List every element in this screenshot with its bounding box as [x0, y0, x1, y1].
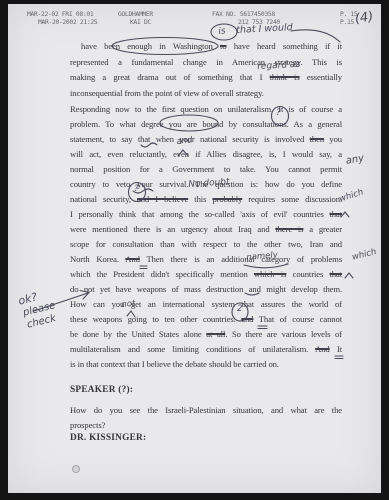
typed-line-20: be done by the United States alone at al…	[70, 329, 342, 339]
typed-line-13: were mentioned there is an urgency about…	[70, 224, 342, 234]
typed-line-16: which the President didn't specifically …	[70, 269, 342, 279]
typed-text: I personally think that among the so-cal…	[70, 209, 330, 219]
struck-text: there is	[275, 224, 303, 234]
typed-line-6: problem. To what degree you are bound by…	[70, 119, 342, 129]
caret-which-2	[345, 273, 353, 278]
typed-text: represented a fundamental change in Amer…	[70, 57, 342, 67]
scanned-fax-screenshot: MAR-22-02 FRI 08:01 GOLDHAMMER FAX NO. 5…	[0, 0, 389, 500]
typed-line-19: these weapons going to ten other countri…	[70, 314, 342, 324]
typed-line-11: national security, and I believe this pr…	[70, 194, 342, 204]
fax-header-sender-2: KAI DC	[130, 19, 151, 26]
struck-text: that	[330, 209, 343, 219]
typed-text: have heard something if it	[227, 41, 342, 51]
typed-text: which the President didn't specifically …	[70, 269, 254, 279]
fax-header-sender-1: GOLDHAMMER	[118, 11, 153, 18]
handwritten-note: not	[121, 299, 136, 310]
typed-text: a greater	[303, 224, 342, 234]
typed-text: . So there are various levels of	[225, 329, 342, 339]
fax-header-datetime-2: MAR-20-2002 21:25	[38, 19, 97, 26]
typed-text: problem. To what degree you are bound by…	[70, 119, 342, 129]
handwritten-note: 2	[237, 304, 242, 314]
handwritten-note: and	[176, 135, 193, 147]
typed-line-5: Responding now to the first question on …	[70, 104, 342, 114]
typed-text: multilateralism and some limiting condit…	[70, 344, 315, 354]
struck-text: that	[330, 269, 343, 279]
hole-punch	[72, 465, 80, 473]
typed-text: is in that context that I believe the de…	[70, 359, 279, 369]
typed-line-14: scope for consultation than with respect…	[70, 239, 342, 249]
typed-line-1: have been enough in Washington to have h…	[81, 41, 342, 51]
typed-text: have been enough in Washington	[81, 41, 220, 51]
typed-text: prospects?	[70, 420, 105, 430]
typed-text: will act, even reluctantly, even if Alli…	[70, 149, 342, 159]
typed-text: Responding now to the first question on …	[70, 104, 342, 114]
struck-text: And	[125, 254, 140, 264]
typed-text: making a great drama out of something th…	[70, 72, 270, 82]
typed-text: do not yet have weapons of mass destruct…	[70, 284, 342, 294]
typed-text: How can you get an international system …	[70, 299, 342, 309]
handwritten-note: ?	[134, 184, 139, 194]
struck-text: then	[310, 134, 324, 144]
struck-text: And	[315, 344, 330, 354]
typed-line-18: How can you get an international system …	[70, 299, 342, 309]
handwritten-note: that I would	[236, 22, 293, 36]
handwritten-note: any	[345, 153, 365, 167]
typed-line-25: prospects?	[70, 420, 342, 430]
typed-text: this	[188, 194, 212, 204]
typed-text: countries	[286, 269, 329, 279]
typed-line-21: multilateralism and some limiting condit…	[70, 344, 342, 354]
typed-text: SPEAKER (?):	[70, 385, 133, 395]
typed-text: national security,	[70, 194, 137, 204]
typed-text: you	[324, 134, 342, 144]
handwritten-note: is	[218, 26, 226, 37]
typed-line-12: I personally think that among the so-cal…	[70, 209, 342, 219]
fax-header-number-1: FAX NO. 5617450358	[212, 11, 275, 18]
typed-line-15: North Korea. And Then there is an additi…	[70, 254, 342, 264]
handwritten-note: (4)	[354, 9, 374, 26]
struck-text: and	[241, 314, 253, 324]
typed-line-8: will act, even reluctantly, even if Alli…	[70, 149, 342, 159]
fax-header-page-2: P.15	[340, 19, 354, 26]
handwritten-note: regard as	[257, 60, 300, 72]
typed-text: Then there is an additional category of …	[140, 254, 342, 264]
typed-line-2: represented a fundamental change in Amer…	[70, 57, 342, 67]
struck-text: think is	[270, 72, 300, 82]
fax-header-datetime-1: MAR-22-02 FRI 08:01	[27, 11, 93, 18]
typed-line-24: How do you see the Israeli-Palestinian s…	[70, 405, 342, 415]
handwritten-note: ?	[276, 108, 281, 118]
typed-text: inconsequential from the point of view o…	[70, 88, 264, 98]
handwritten-note: which	[338, 187, 365, 204]
typed-text: North Korea.	[70, 254, 125, 264]
struck-text: at all	[206, 329, 225, 339]
typed-line-22: is in that context that I believe the de…	[70, 359, 342, 369]
handwritten-note: which	[351, 247, 377, 263]
typed-text: be done by the United States alone	[70, 329, 206, 339]
typed-line-3: making a great drama out of something th…	[70, 72, 342, 82]
underline-namely	[244, 264, 288, 268]
typed-text: essentially	[300, 72, 342, 82]
typed-text: normal position for a Government to take…	[70, 164, 342, 174]
typed-line-4: inconsequential from the point of view o…	[70, 88, 342, 98]
typed-text: were mentioned there is an urgency about…	[70, 224, 275, 234]
typed-line-9: normal position for a Government to take…	[70, 164, 342, 174]
typed-text: It	[330, 344, 342, 354]
typed-text: DR. KISSINGER:	[70, 433, 146, 443]
typed-text: How do you see the Israeli-Palestinian s…	[70, 405, 342, 415]
typed-text: requires some discussion.	[242, 194, 342, 204]
struck-text: probably	[212, 194, 242, 204]
typed-line-26: DR. KISSINGER:	[70, 433, 342, 443]
fax-page: MAR-22-02 FRI 08:01 GOLDHAMMER FAX NO. 5…	[8, 4, 381, 493]
typed-line-7: statement, to say that when your nationa…	[70, 134, 342, 144]
struck-text: which is	[254, 269, 286, 279]
struck-text: and I believe	[137, 194, 188, 204]
caret-which-1	[341, 212, 349, 217]
typed-line-23: SPEAKER (?):	[70, 385, 342, 395]
typed-line-17: do not yet have weapons of mass destruct…	[70, 284, 342, 294]
typed-text: That of course cannot	[253, 314, 342, 324]
typed-text: these weapons going to ten other countri…	[70, 314, 241, 324]
typed-text: scope for consultation than with respect…	[70, 239, 342, 249]
